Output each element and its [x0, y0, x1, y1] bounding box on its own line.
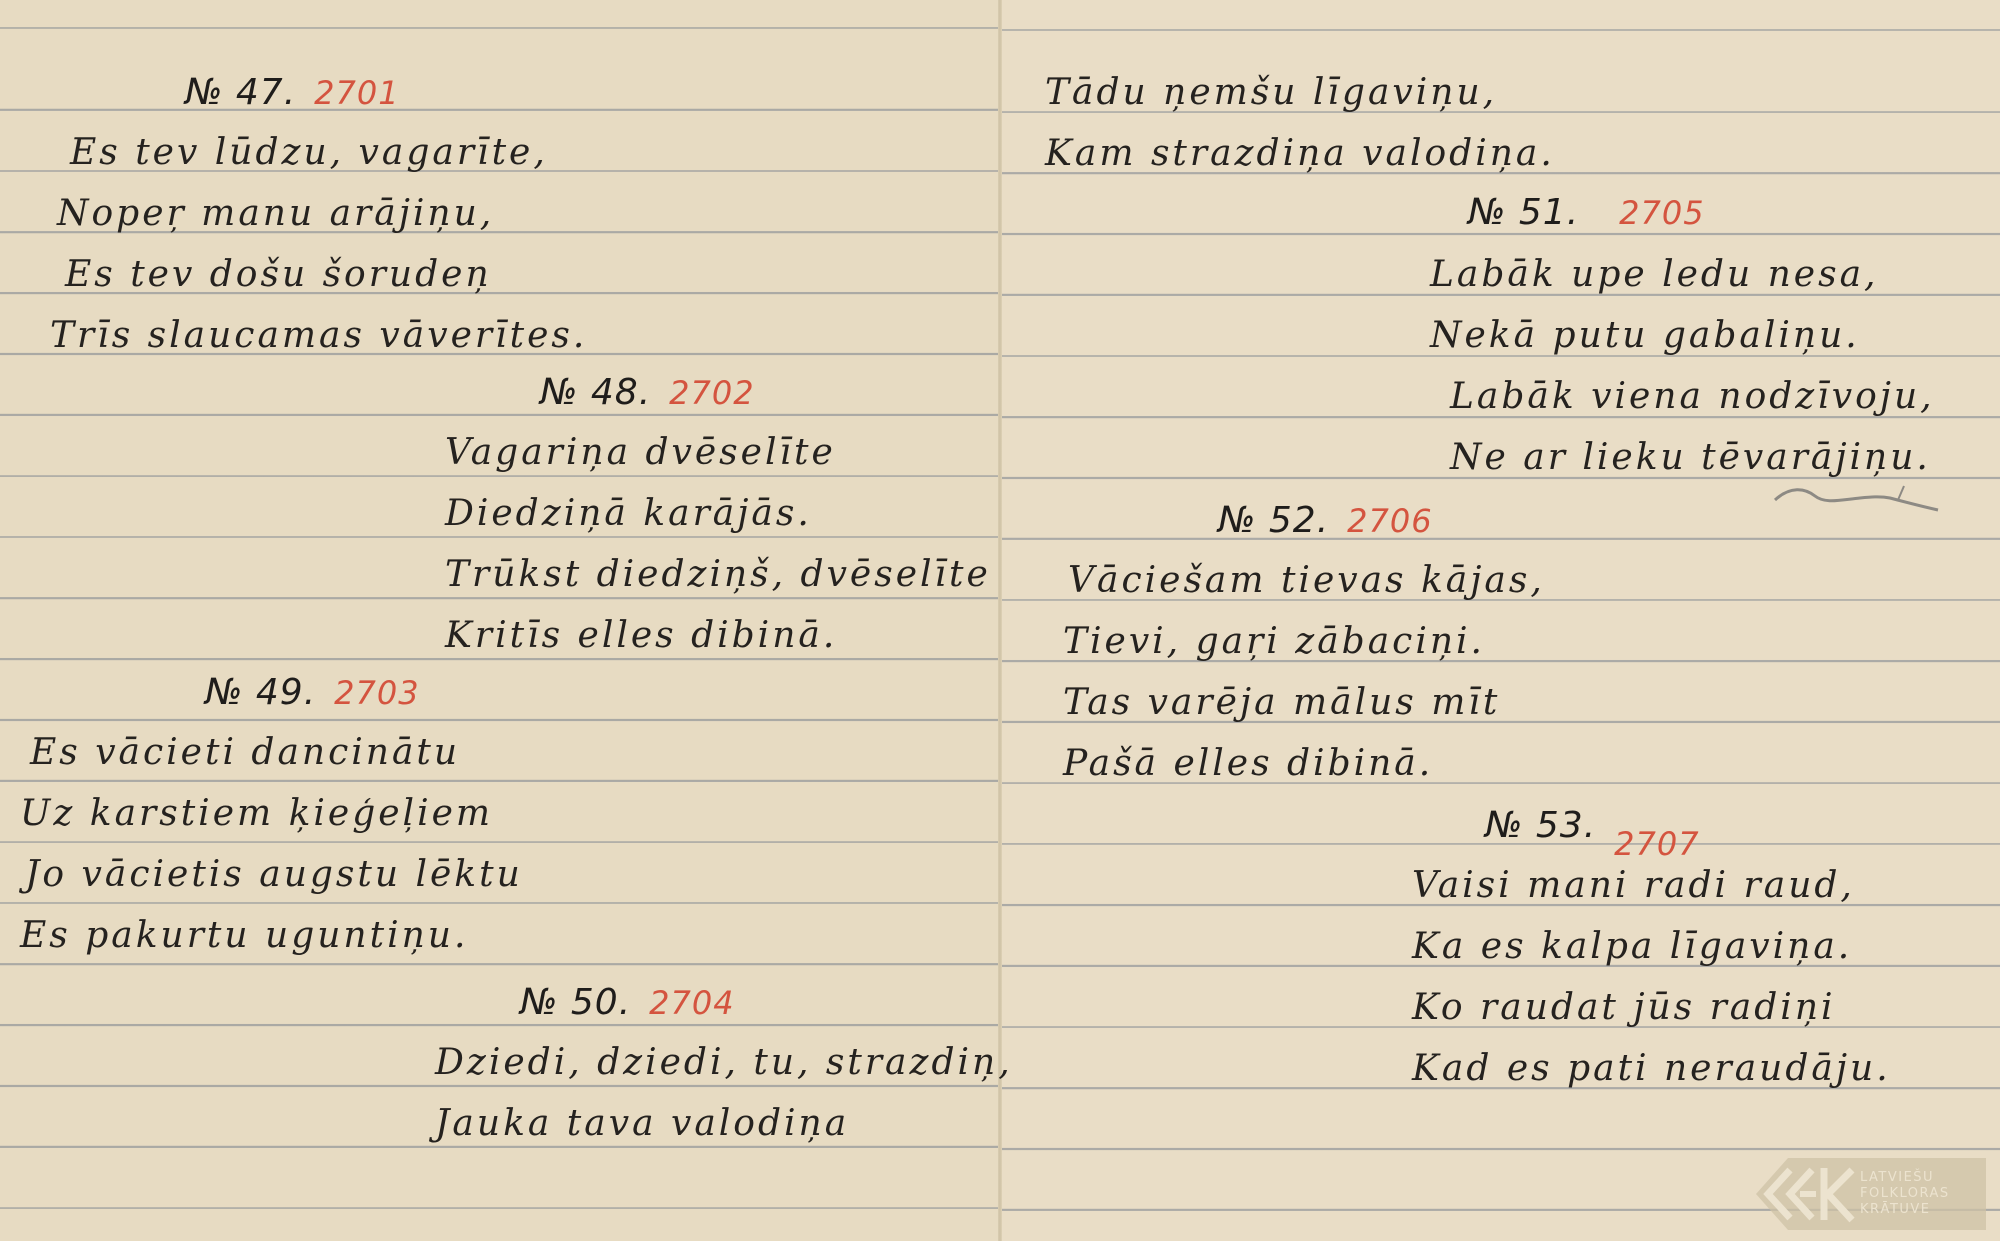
verse-line: Ka es kalpa līgaviņa. — [1412, 916, 1891, 977]
entry-heading-50: № 50.2704 — [520, 982, 735, 1023]
entry-heading-52: № 52.2706 — [1218, 500, 1433, 541]
catalog-number: 2704 — [649, 984, 734, 1022]
entry-number: № 53. — [1485, 805, 1596, 846]
entry-heading-48: № 48.2702 — [540, 372, 755, 413]
verse-line: Es pakurtu uguntiņu. — [20, 905, 523, 966]
verse-line: Labāk upe ledu nesa, — [1430, 244, 1935, 305]
entry-number: № 47. — [185, 72, 296, 113]
verse-line: Jo vācietis augstu lēktu — [25, 844, 523, 905]
entry-number: № 52. — [1218, 500, 1329, 541]
verse-line: Trūkst diedziņš, dvēselīte — [445, 544, 991, 605]
verse-49: Es vācieti dancinātu Uz karstiem ķieģeļi… — [30, 722, 523, 966]
verse-line: Es tev lūdzu, vagarīte, — [70, 122, 587, 183]
verse-line: Kam strazdiņa valodiņa. — [1045, 123, 1555, 184]
verse-line: Uz karstiem ķieģeļiem — [20, 783, 523, 844]
verse-51: Labāk upe ledu nesa, Nekā putu gabaliņu.… — [1430, 244, 1935, 488]
logo-line: LATVIEŠU — [1860, 1170, 1950, 1186]
verse-line: Pašā elles dibinā. — [1063, 733, 1545, 794]
lfk-logo-text: LATVIEŠU FOLKLORAS KRĀTUVE — [1860, 1170, 1950, 1218]
verse-line: Kad es pati neraudāju. — [1412, 1038, 1891, 1099]
verse-line: Vaisi mani radi raud, — [1412, 855, 1891, 916]
verse-52: Vāciešam tievas kājas, Tievi, gaŗi zābac… — [1068, 550, 1545, 794]
entry-number: № 51. — [1468, 192, 1579, 233]
verse-line: Nekā putu gabaliņu. — [1430, 305, 1935, 366]
verse-50: Dziedi, dziedi, tu, strazdiņ, Jauka tava… — [435, 1032, 1013, 1154]
verse-50-continuation: Tādu ņemšu līgaviņu, Kam strazdiņa valod… — [1045, 62, 1555, 184]
catalog-number: 2703 — [334, 674, 419, 712]
pencil-squiggle-mark — [1770, 478, 1940, 518]
entry-number: № 49. — [205, 672, 316, 713]
entry-heading-51: № 51.2705 — [1468, 192, 1705, 233]
verse-48: Vagariņa dvēselīte Diedziņā karājās. Trū… — [445, 422, 991, 666]
verse-53: Vaisi mani radi raud, Ka es kalpa līgavi… — [1412, 855, 1891, 1099]
verse-line: Nopeŗ manu arājiņu, — [57, 183, 587, 244]
logo-line: FOLKLORAS — [1860, 1186, 1950, 1202]
verse-line: Ko raudat jūs radiņi — [1412, 977, 1891, 1038]
verse-line: Vagariņa dvēselīte — [445, 422, 991, 483]
entry-heading-53: № 53.2707 — [1485, 805, 1700, 846]
verse-line: Dziedi, dziedi, tu, strazdiņ, — [435, 1032, 1013, 1093]
catalog-number: 2701 — [314, 74, 399, 112]
verse-line: Jauka tava valodiņa — [435, 1093, 1013, 1154]
catalog-number: 2706 — [1347, 502, 1432, 540]
verse-line: Tas varēja mālus mīt — [1063, 672, 1545, 733]
verse-line: Kritīs elles dibinā. — [445, 605, 991, 666]
entry-number: № 50. — [520, 982, 631, 1023]
lfk-logo-chevrons-icon — [1760, 1164, 1860, 1224]
verse-line: Trīs slaucamas vāverītes. — [50, 305, 587, 366]
verse-line: Es tev došu šorudeņ — [65, 244, 587, 305]
verse-47: Es tev lūdzu, vagarīte, Nopeŗ manu arāji… — [65, 122, 587, 366]
catalog-number: 2705 — [1619, 194, 1704, 232]
lfk-watermark-logo: LATVIEŠU FOLKLORAS KRĀTUVE — [1742, 1158, 1986, 1230]
logo-line: KRĀTUVE — [1860, 1202, 1950, 1218]
verse-line: Tādu ņemšu līgaviņu, — [1045, 62, 1555, 123]
verse-line: Tievi, gaŗi zābaciņi. — [1063, 611, 1545, 672]
verse-line: Labāk viena nodzīvoju, — [1450, 366, 1935, 427]
entry-heading-47: № 47.2701 — [185, 72, 400, 113]
catalog-number: 2702 — [669, 374, 754, 412]
verse-line: Es vācieti dancinātu — [30, 722, 523, 783]
entry-number: № 48. — [540, 372, 651, 413]
verse-line: Vāciešam tievas kājas, — [1068, 550, 1545, 611]
verse-line: Diedziņā karājās. — [445, 483, 991, 544]
entry-heading-49: № 49.2703 — [205, 672, 420, 713]
